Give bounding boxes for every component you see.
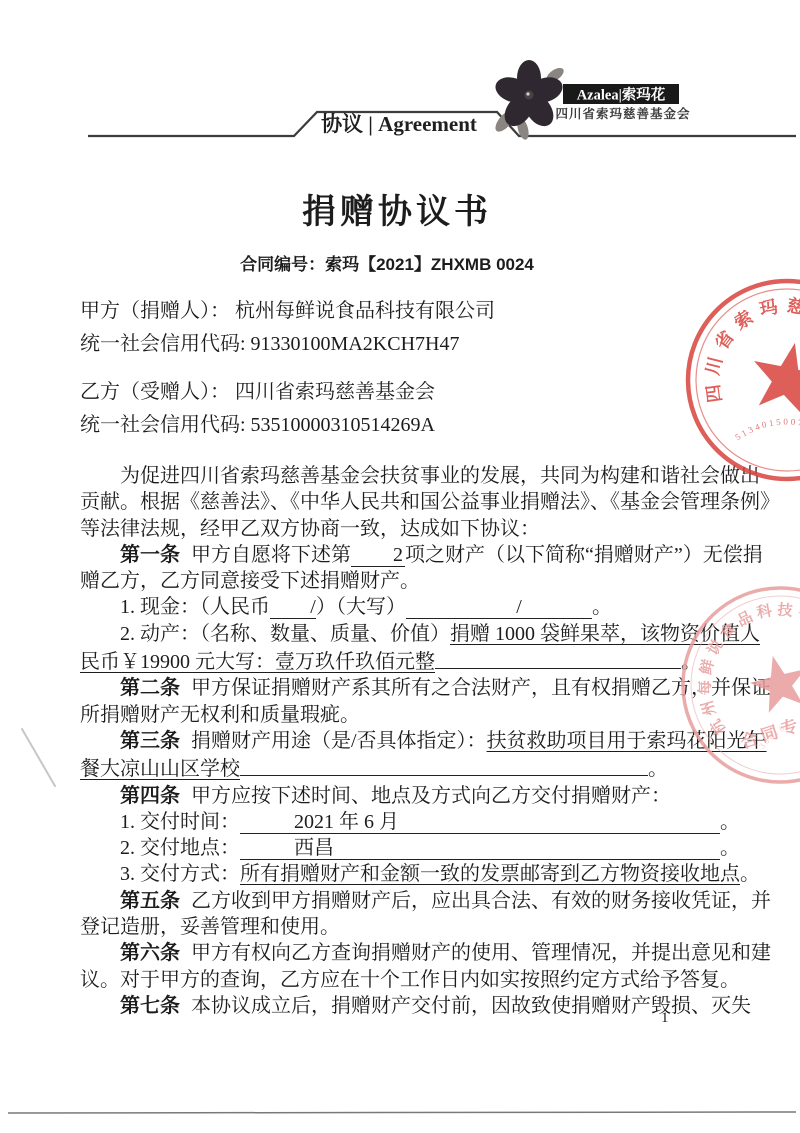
blank-purpose-trailing [240,754,648,776]
header-banner: 协议 | Agreement [0,0,800,165]
blank-cash-amount-words: / [406,597,592,619]
blank-cash-amount: / [270,597,316,619]
scan-scratch [22,729,55,786]
party-b-block: 乙方（受赠人）： 四川省索玛慈善基金会 统一社会信用代码: 5351000031… [80,376,774,442]
page-number: 1 [661,1010,669,1027]
blank-goods-trailing [435,647,681,669]
contract-number: 合同编号：索玛【2021】ZHXMB 0024 [40,250,734,275]
logo-org-name: 四川省索玛慈善基金会 [555,106,690,121]
clause-6-label: 第六条 [120,942,180,964]
banner-title: 协议 | Agreement [321,112,477,136]
intro-paragraph: 为促进四川省索玛慈善基金会扶贫事业的发展，共同为构建和谐社会做出贡献。根据《慈善… [80,463,774,542]
party-a-name: 甲方（捐赠人）： 杭州每鲜说食品科技有限公司 [80,295,774,328]
clause-2-label: 第二条 [120,677,180,699]
clause-4-delivery-method: 3. 交付方式：所有捐赠财产和金额一致的发票邮寄到乙方物资接收地点。 [80,861,774,887]
clause-3: 第三条捐赠财产用途（是/否具体指定）：扶贫救助项目用于索玛花阳光午餐大凉山山区学… [80,728,774,783]
clause-4: 第四条甲方应按下述时间、地点及方式向乙方交付捐赠财产： [80,783,774,809]
clause-7-label: 第七条 [120,995,180,1017]
blank-item-number: 2 [351,545,405,567]
blank-delivery-method: 所有捐赠财产和金额一致的发票邮寄到乙方物资接收地点 [240,863,740,885]
clause-4-label: 第四条 [120,785,180,807]
party-b-credit-code: 统一社会信用代码: 53510000310514269A [80,409,774,442]
logo-brand: Azalea|索玛花 [577,86,666,104]
clause-7: 第七条本协议成立后，捐赠财产交付前，因故致使捐赠财产毁损、灭失 [80,993,774,1019]
clause-4-delivery-place: 2. 交付地点：西昌。 [80,835,774,861]
clause-1: 第一条甲方自愿将下述第2项之财产（以下简称“捐赠财产”）无偿捐赠乙方，乙方同意接… [80,542,774,595]
clause-1-label: 第一条 [120,544,180,566]
clause-5: 第五条乙方收到甲方捐赠财产后，应出具合法、有效的财务接收凭证，并登记造册，妥善管… [80,888,774,941]
clause-1-goods-line: 2. 动产：（名称、数量、质量、价值）捐赠 1000 袋鲜果萃，该物资价值人民币… [80,621,774,676]
blank-delivery-place: 西昌 [240,838,720,860]
party-b-name: 乙方（受赠人）： 四川省索玛慈善基金会 [80,376,774,409]
clause-3-label: 第三条 [120,730,180,752]
document-title: 捐赠协议书 [50,190,744,234]
clause-5-label: 第五条 [120,890,180,912]
blank-delivery-time: 2021 年 6 月 [240,812,720,834]
scanned-agreement-page: 协议 | Agreement [0,0,800,1133]
clause-4-delivery-time: 1. 交付时间：2021 年 6 月。 [80,809,774,835]
clause-2: 第二条甲方保证捐赠财产系其所有之合法财产，且有权捐赠乙方，并保证所捐赠财产无权利… [80,675,774,728]
scan-bottom-edge [8,1112,796,1113]
party-a-block: 甲方（捐赠人）： 杭州每鲜说食品科技有限公司 统一社会信用代码: 9133010… [80,295,774,361]
party-a-credit-code: 统一社会信用代码: 91330100MA2KCH7H47 [80,328,774,361]
agreement-clauses: 为促进四川省索玛慈善基金会扶贫事业的发展，共同为构建和谐社会做出贡献。根据《慈善… [80,463,774,1019]
document-content: 捐赠协议书 合同编号：索玛【2021】ZHXMB 0024 甲方（捐赠人）： 杭… [80,190,774,1019]
azalea-flower-icon: Azalea|索玛花 四川省索玛慈善基金会 [492,60,690,141]
clause-1-cash-line: 1. 现金：（人民币/）（大写）/。 [80,594,774,620]
clause-6: 第六条甲方有权向乙方查询捐赠财产的使用、管理情况，并提出意见和建议。对于甲方的查… [80,940,774,993]
